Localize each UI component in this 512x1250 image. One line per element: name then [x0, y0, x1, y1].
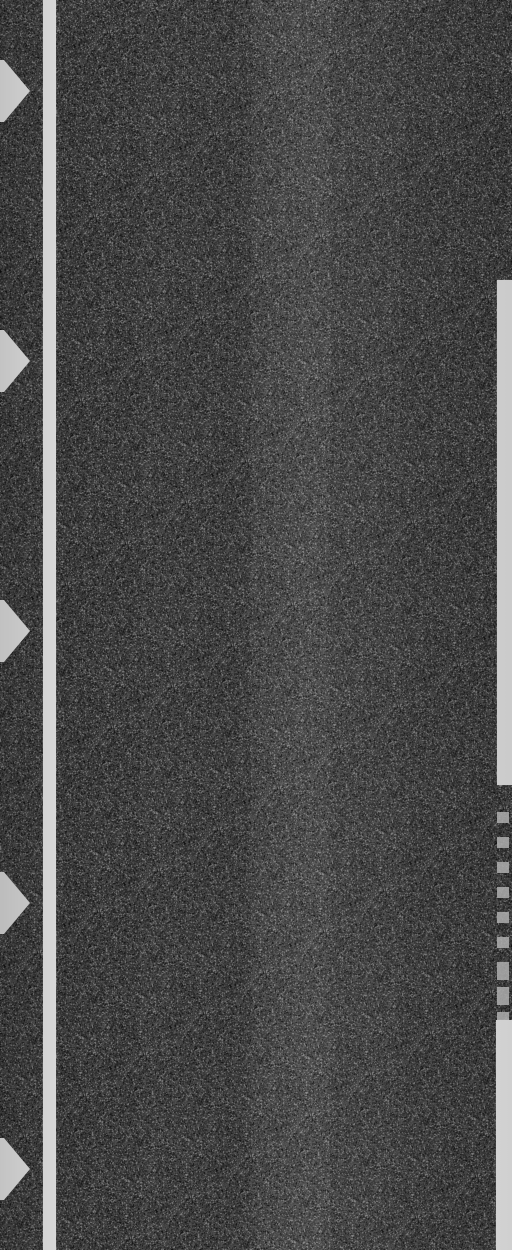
lane-dash [497, 987, 509, 1005]
lane-dash [497, 887, 509, 898]
asphalt-surface [0, 0, 512, 1250]
road-arrow-marking [0, 872, 32, 934]
right-solid-lane-line-upper [497, 280, 512, 785]
right-solid-lane-line-lower [496, 1020, 512, 1250]
lane-dash [497, 812, 509, 823]
left-solid-lane-line [43, 0, 56, 1250]
lane-dash [497, 862, 509, 873]
lane-dash [497, 962, 509, 980]
lane-dash [497, 937, 509, 948]
road-arrow-marking [0, 600, 32, 662]
road-arrow-marking [0, 60, 32, 122]
aerial-road-photo [0, 0, 512, 1250]
road-arrow-marking [0, 1138, 32, 1200]
lane-dash [497, 837, 509, 848]
road-arrow-marking [0, 330, 32, 392]
lane-dash [497, 912, 509, 923]
